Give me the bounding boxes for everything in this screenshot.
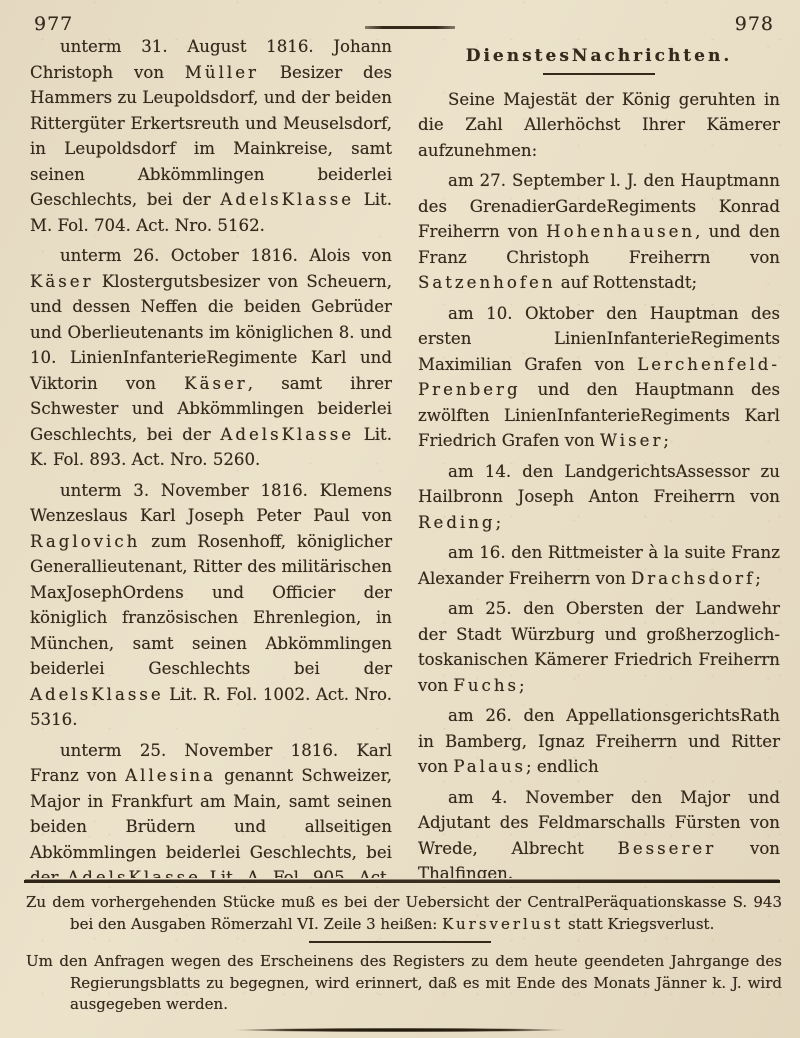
nobility-entries-list: unterm 31. August 1816. Johann Christoph… (30, 34, 392, 878)
footnote-divider-rule (309, 941, 491, 943)
emphasized-name: Kursverlust (442, 915, 563, 933)
emphasized-name: Fuchs (453, 676, 519, 695)
entry-paragraph: am 14. den LandgerichtsAssessor zu Hailb… (418, 459, 780, 536)
end-of-page-rule (233, 1028, 567, 1032)
emphasized-name: Allesina (125, 766, 216, 785)
emphasized-name: AdelsKlasse (220, 190, 354, 209)
right-column: DienstesNachrichten. Seine Majestät der … (418, 34, 780, 878)
emphasized-name: Raglovich (30, 532, 140, 551)
emphasized-name: AdelsKlasse (30, 685, 164, 704)
text-run: ; endlich (526, 757, 599, 776)
emphasized-name: Palaus (453, 757, 526, 776)
text-run: statt Kriegsverlust. (563, 915, 714, 933)
entry-paragraph: am 26. den AppellationsgerichtsRath in B… (418, 703, 780, 780)
two-column-body: unterm 31. August 1816. Johann Christoph… (0, 32, 800, 878)
text-run: unterm 3. November 1816. Klemens Wenzesl… (30, 481, 392, 526)
text-run: Seine Majestät der König geruhten in die… (418, 90, 780, 160)
text-run: unterm 26. October 1816. Alois von (60, 246, 392, 265)
entry-paragraph: am 25. den Obersten der Landwehr der Sta… (418, 596, 780, 698)
page-number-left: 977 (34, 14, 73, 34)
text-run: ; (496, 513, 502, 532)
emphasized-name: Hohenhausen (546, 222, 695, 241)
entry-paragraph: unterm 26. October 1816. Alois von Käser… (30, 243, 392, 473)
text-run: Besizer des Hammers zu Leupoldsdorf, und… (30, 63, 392, 210)
text-run: auf Rottenstadt; (556, 273, 698, 292)
emphasized-name: Wiser (600, 431, 663, 450)
left-column: unterm 31. August 1816. Johann Christoph… (30, 34, 392, 878)
entry-paragraph: am 10. Oktober den Hauptman des ersten L… (418, 301, 780, 454)
text-run: zum Rosenhoff, königlicher Generallieute… (30, 532, 392, 679)
entry-paragraph: Seine Majestät der König geruhten in die… (418, 87, 780, 164)
entry-paragraph: unterm 31. August 1816. Johann Christoph… (30, 34, 392, 238)
header-center-rule (365, 26, 455, 29)
entry-paragraph: unterm 25. November 1816. Karl Franz von… (30, 738, 392, 879)
emphasized-name: Satzenhofen (418, 273, 556, 292)
entry-paragraph: am 16. den Rittmeister à la suite Franz … (418, 540, 780, 591)
entry-paragraph: am 27. September l. J. den Hauptmann des… (418, 168, 780, 296)
emphasized-name: Käser (184, 374, 248, 393)
gazette-page: 977 978 unterm 31. August 1816. Johann C… (0, 0, 800, 1038)
page-header: 977 978 (0, 0, 800, 32)
heading-underline-rule (543, 73, 655, 75)
entry-paragraph: am 4. November den Major und Adjutant de… (418, 785, 780, 879)
footer-separator-rule (24, 880, 780, 883)
emphasized-name: Besserer (618, 839, 717, 858)
page-number-right: 978 (735, 14, 774, 34)
correction-note: Zu dem vorhergehenden Stücke muß es bei … (26, 892, 782, 935)
emphasized-name: AdelsKlasse (220, 425, 354, 444)
emphasized-name: AdelsKlasse (67, 868, 201, 878)
text-run: Um den Anfragen wegen des Erscheinens de… (26, 952, 782, 1013)
emphasized-name: Käser (30, 272, 94, 291)
emphasized-name: Drachsdorf (631, 569, 755, 588)
register-announcement-note: Um den Anfragen wegen des Erscheinens de… (26, 951, 782, 1016)
text-run: ; (519, 676, 525, 695)
entry-paragraph: unterm 3. November 1816. Klemens Wenzesl… (30, 478, 392, 733)
text-run: am 14. den LandgerichtsAssessor zu Hailb… (418, 462, 780, 507)
emphasized-name: Reding (418, 513, 496, 532)
page-footer: Zu dem vorhergehenden Stücke muß es bei … (0, 880, 800, 1032)
section-heading: DienstesNachrichten. (418, 44, 780, 70)
emphasized-name: Müller (185, 63, 259, 82)
text-run: ; (755, 569, 761, 588)
text-run: ; (663, 431, 669, 450)
service-notices-list: Seine Majestät der König geruhten in die… (418, 87, 780, 879)
